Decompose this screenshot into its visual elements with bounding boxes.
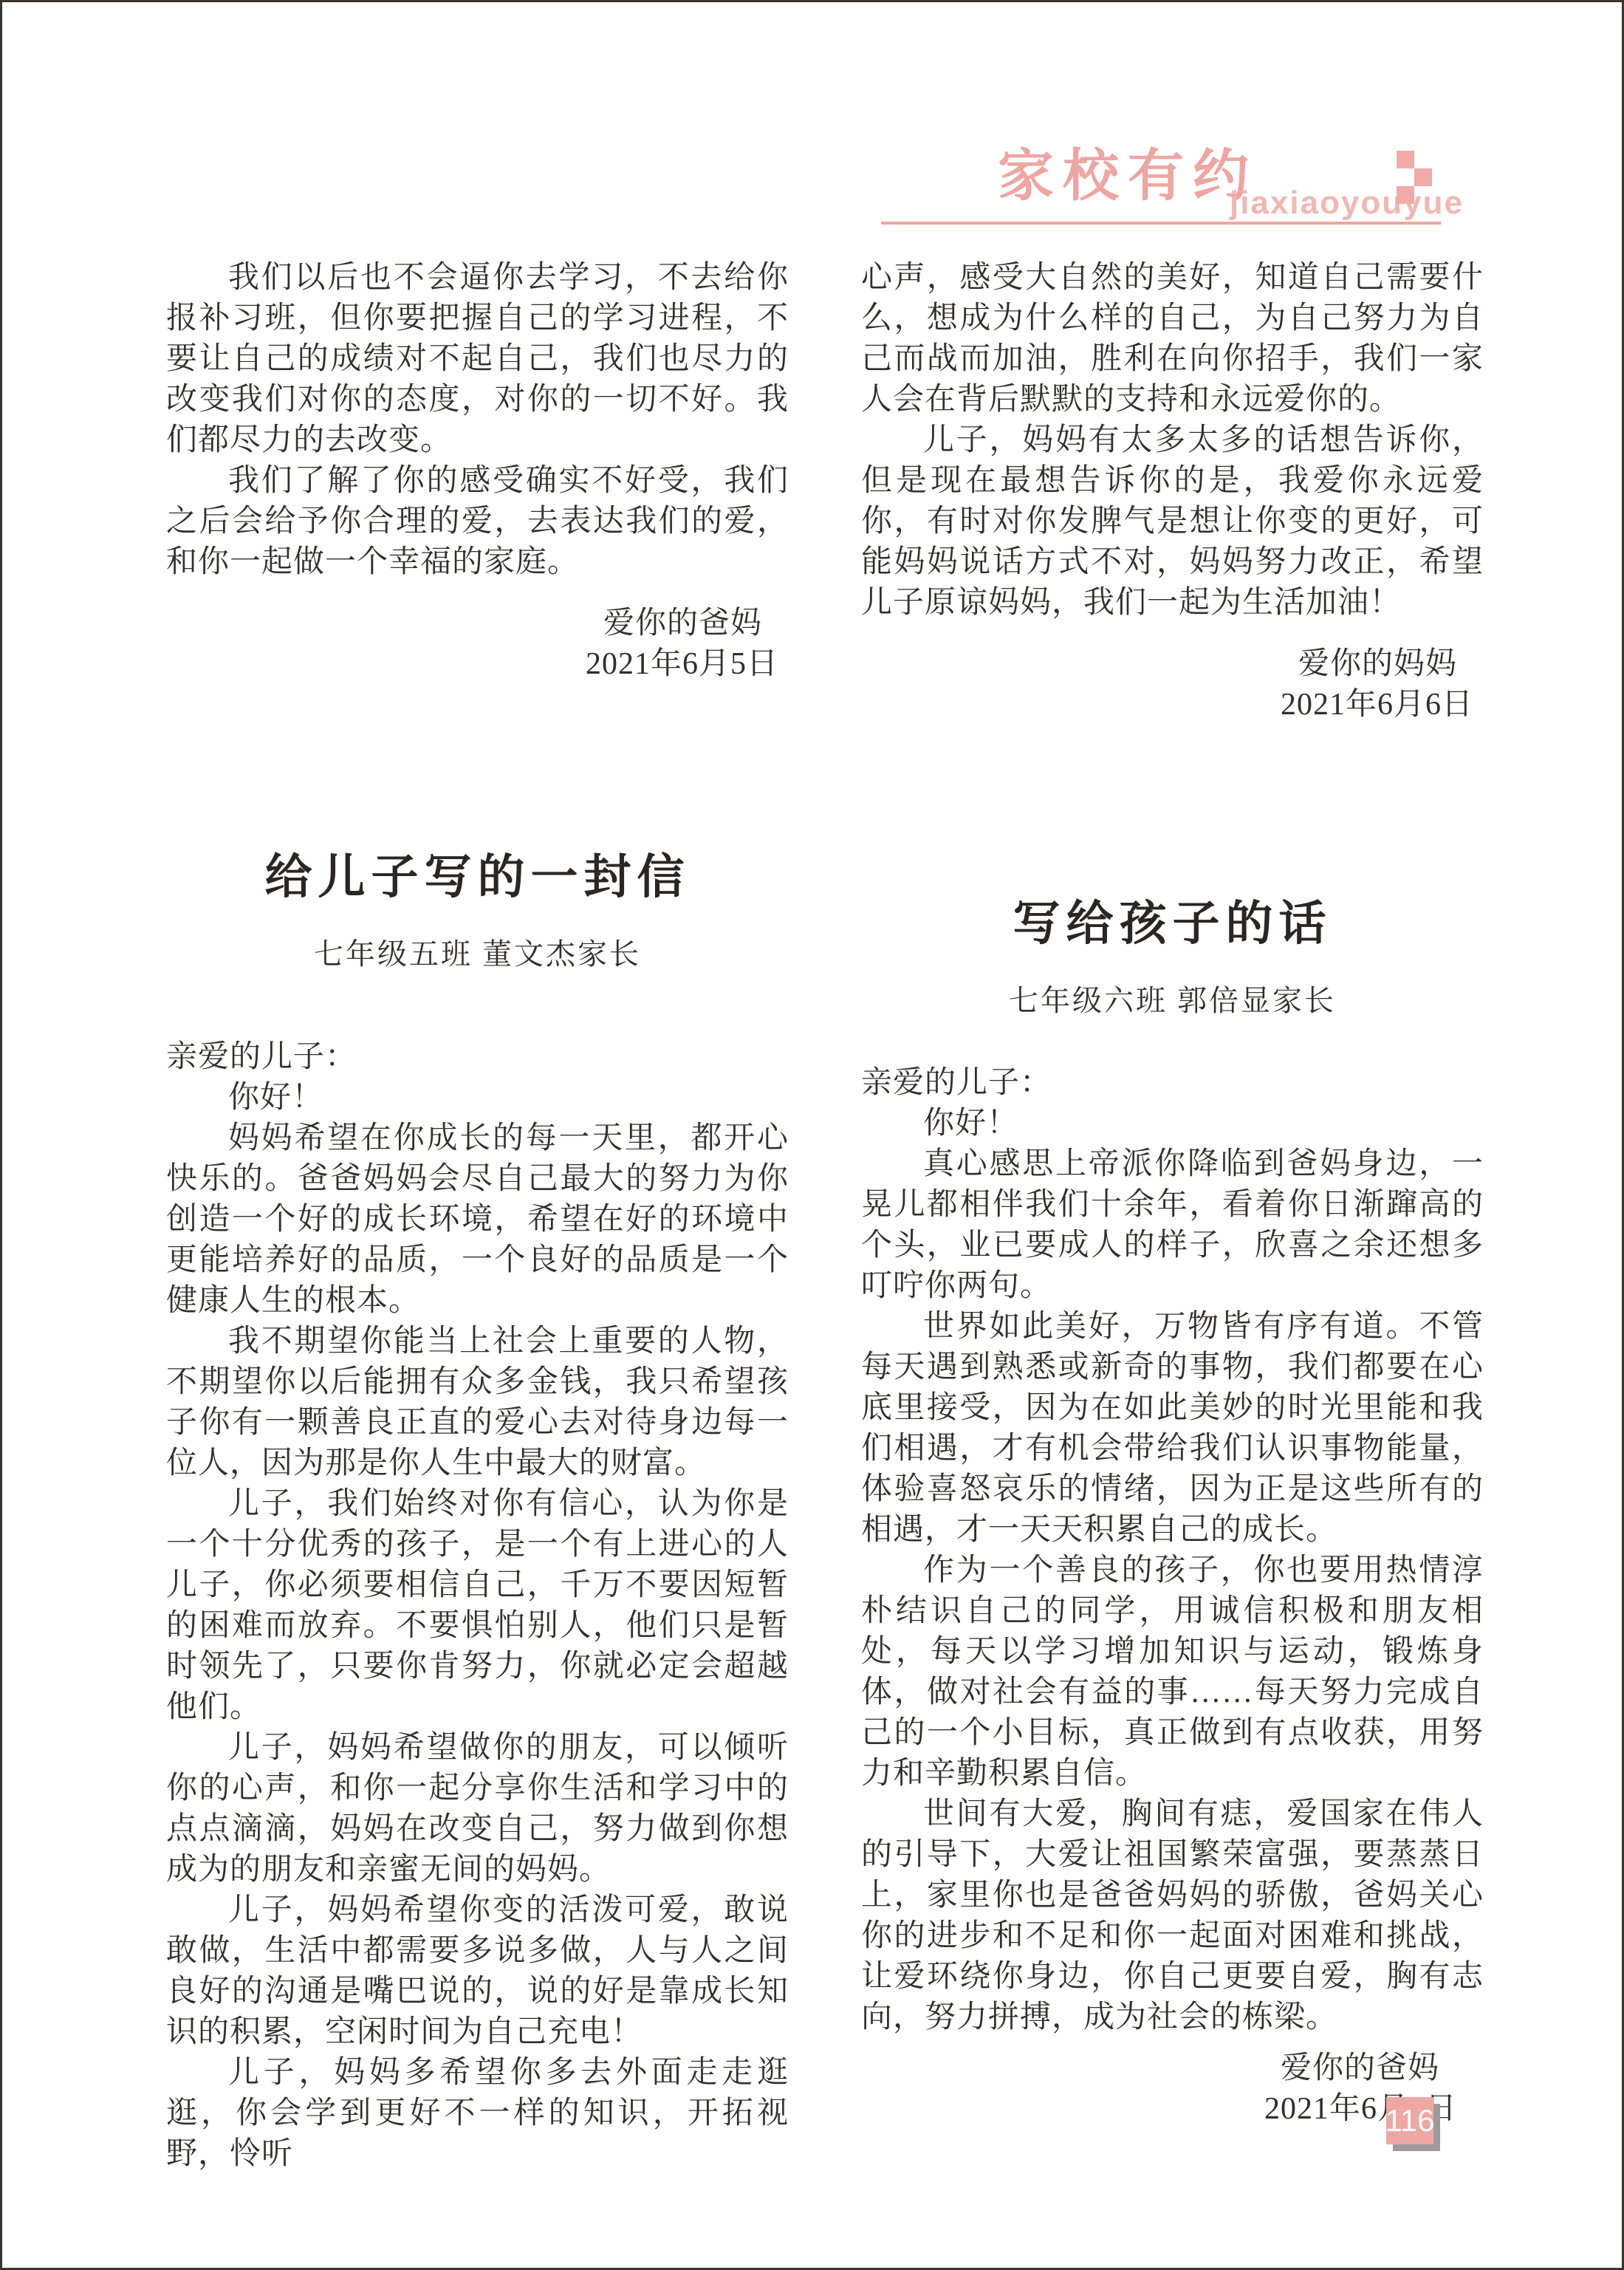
letter-paragraphs: 心声，感受大自然的美好，知道自己需要什么，想成为什么样的自己，为自己努力为自己而… [861, 258, 1484, 623]
letter-paragraph: 妈妈希望在你成长的每一天里，都开心快乐的。爸爸妈妈会尽自己最大的努力为你创造一个… [166, 1118, 789, 1322]
letter-paragraphs: 我们以后也不会逼你去学习，不去给你报补习班，但你要把握自己的学习进程，不要让自己… [166, 258, 789, 583]
article-letter-to-son: 给儿子写的一封信 七年级五班 董文杰家长 亲爱的儿子： 你好！妈妈希望在你成长的… [166, 848, 789, 2175]
letter-paragraph: 儿子，我们始终对你有信心，认为你是一个十分优秀的孩子，是一个有上进心的人儿子，你… [166, 1484, 789, 1728]
article-title: 写给孩子的话 [861, 895, 1484, 954]
letter-salutation: 亲爱的儿子： [861, 1063, 1484, 1104]
magazine-page: 家校有约 jiaxiaoyouyue 我们以后也不会逼你去学习，不去给你报补习班… [0, 0, 1624, 2270]
letter-paragraph: 你好！ [166, 1078, 789, 1118]
letter-paragraph: 世界如此美好，万物皆有序有道。不管每天遇到熟悉或新奇的事物，我们都要在心底里接受… [861, 1307, 1484, 1551]
letter-signature: 爱你的妈妈 [861, 644, 1484, 685]
letter-paragraph: 真心感思上帝派你降临到爸妈身边，一晃儿都相伴我们十余年，看着你日渐蹿高的个头，业… [861, 1144, 1484, 1307]
letter-date: 2021年6月5日 [166, 644, 789, 685]
pixel-square-decoration [1397, 186, 1414, 204]
article-byline: 七年级六班 郭倍显家长 [861, 983, 1484, 1019]
letter-paragraph: 心声，感受大自然的美好，知道自己需要什么，想成为什么样的自己，为自己努力为自己而… [861, 258, 1484, 420]
letter-paragraph: 你好！ [861, 1104, 1484, 1144]
pixel-square-decoration [1397, 151, 1414, 168]
letter-paragraph: 儿子，妈妈有太多太多的话想告诉你，但是现在最想告诉你的是，我爱你永远爱你，有时对… [861, 420, 1484, 623]
page-number: 116 [1385, 2105, 1435, 2136]
letter-paragraph: 儿子，妈妈多希望你多去外面走走逛逛，你会学到更好不一样的知识，开拓视野，怜听 [166, 2053, 789, 2175]
pixel-square-decoration [1414, 168, 1432, 186]
article-byline: 七年级五班 董文杰家长 [166, 937, 789, 972]
letter-paragraph: 儿子，妈妈希望做你的朋友，可以倾听你的心声，和你一起分享你生活和学习中的点点滴滴… [166, 1728, 789, 1890]
section-title: 家校有约 [998, 148, 1258, 205]
letter-paragraph: 作为一个善良的孩子，你也要用热情淳朴结识自己的同学，用诚信积极和朋友相处，每天以… [861, 1551, 1484, 1794]
letter-signature: 爱你的爸妈 [861, 2048, 1484, 2089]
letter-paragraph: 儿子，妈妈希望你变的活泼可爱，敢说敢做，生活中都需要多说多做，人与人之间良好的沟… [166, 1890, 789, 2053]
letter-paragraph: 我不期望你能当上社会上重要的人物，不期望你以后能拥有众多金钱，我只希望孩子你有一… [166, 1322, 789, 1484]
letter-paragraph: 我们了解了你的感受确实不好受，我们之后会给予你合理的爱，去表达我们的爱，和你一起… [166, 461, 789, 583]
section-title-pinyin: jiaxiaoyouyue [1230, 187, 1464, 219]
letter-continuation-mother: 心声，感受大自然的美好，知道自己需要什么，想成为什么样的自己，为自己努力为自己而… [861, 258, 1484, 725]
article-title: 给儿子写的一封信 [166, 848, 789, 907]
page-number-badge: 116 [1386, 2097, 1433, 2144]
letter-paragraphs: 你好！妈妈希望在你成长的每一天里，都开心快乐的。爸爸妈妈会尽自己最大的努力为你创… [166, 1078, 789, 2175]
letter-continuation-father: 我们以后也不会逼你去学习，不去给你报补习班，但你要把握自己的学习进程，不要让自己… [166, 258, 789, 685]
article-words-to-child: 写给孩子的话 七年级六班 郭倍显家长 亲爱的儿子： 你好！真心感思上帝派你降临到… [861, 895, 1484, 2130]
header-underline [881, 222, 1441, 225]
letter-paragraph: 我们以后也不会逼你去学习，不去给你报补习班，但你要把握自己的学习进程，不要让自己… [166, 258, 789, 461]
letter-paragraphs: 你好！真心感思上帝派你降临到爸妈身边，一晃儿都相伴我们十余年，看着你日渐蹿高的个… [861, 1104, 1484, 2038]
letter-salutation: 亲爱的儿子： [166, 1037, 789, 1078]
letter-paragraph: 世间有大爱，胸间有痣，爱国家在伟人的引导下，大爱让祖国繁荣富强，要蒸蒸日上，家里… [861, 1794, 1484, 2038]
letter-signature: 爱你的爸妈 [166, 604, 789, 644]
letter-date: 2021年6月6日 [861, 685, 1484, 725]
